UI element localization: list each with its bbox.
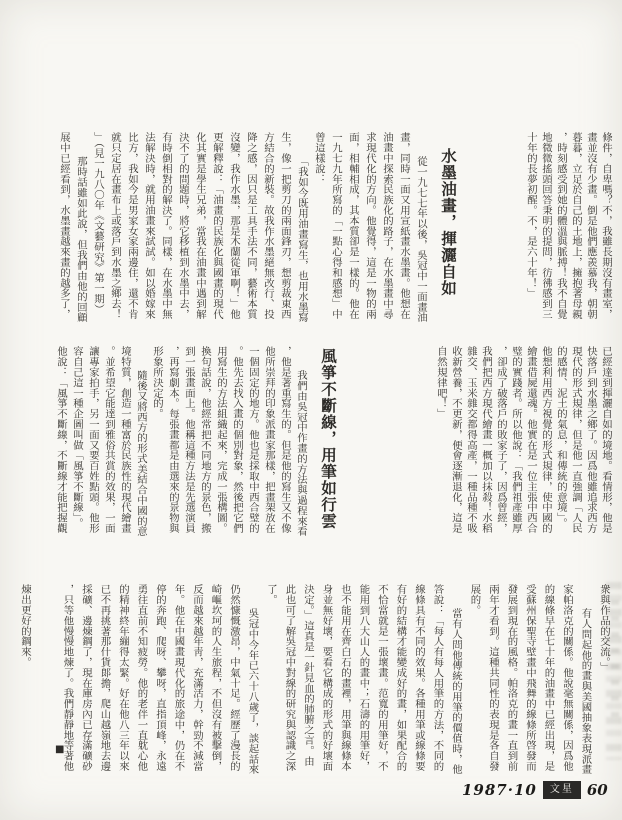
text-column: 他說：「風箏不斷線，不斷線才能把握觀 [53,346,69,536]
text-column: 反而越來越年靑，充滿活力，幹勁不減當 [188,584,207,774]
text-column: 他想利用西方視覺的形式規律，使中國的 [538,346,553,536]
paragraph-columns: 我們由吳冠中作畫的方法與過程來看，他是著重寫生的。但是他的寫生又不像他所崇拜的印… [53,346,309,536]
text-column: 有好的結構才能變成好的畫，如果配合的 [391,584,410,774]
text-column: 「我如今既用油畫寫生，也用水墨寫 [293,132,310,322]
text-column: 崎嶇坎坷的人生旅程，不但沒有被擊倒， [206,584,225,774]
text-column: 從一九七七年以後，吳冠中一面畫油 [412,132,429,322]
magazine-logo: 文星 [543,781,581,799]
text-column: 比方，我如今是男家女家兩邊住，還不肯 [123,132,140,322]
text-column: 自然規律吧！」 [433,346,448,536]
text-column: 換句話說，他經常把不同地方的景色，搬 [197,346,213,536]
text-column: 我們由吳冠中作畫的方法與過程來看 [293,346,309,536]
final-column: 煉出更好的鋼來。 [17,584,32,774]
text-column: 更解釋說：「油畫的民族化與國畫的現代 [208,132,225,322]
text-column: ，卻成了破落戶的敗家子了，因爲曾經， [493,346,508,536]
text-column: 決定。」這真是一針見血的肺腑之言。由 [299,584,318,774]
text-column: 發展到現在的風格。帕洛克的畫一直到前 [502,584,521,774]
text-column: 煉出更好的鋼來。 [17,584,32,774]
paragraph-columns: 已經達到揮灑自如的境地。看情形，他是快落戶到水墨之鄉了。因爲他雖追求西方現代的形… [433,346,613,536]
text-column: 收新營養，不更新，便會逐漸退化，這是 [448,346,463,536]
article-band-middle: 已經達到揮灑自如的境地。看情形，他是快落戶到水墨之鄉了。因爲他雖追求西方現代的形… [53,346,613,536]
text-column: 畫並沒有少畫。倒是他們應羨慕我，朝朝 [583,132,598,322]
paragraph-columns: 從一九七七年以後，吳冠中一面畫油畫，同時一面又用宣紙畫水墨畫。他想在油畫中探索民… [55,132,429,322]
text-column: 璧的實踐者。所以他說：「我們祖產雖厚 [508,346,523,536]
magazine-page-scan: 條件，自卑嗎？不，我雖長期沒有畫室，畫並沒有少畫。倒是他們應羨慕我，朝朝暮暮，立… [0,0,622,820]
text-column: 油畫中探索民族化的路子，在水墨畫中尋 [378,132,395,322]
text-column: 容自己這一種企圖叫做「風箏不斷線」。 [69,346,85,536]
text-column: 繪畫借屍還魂。他實在是一位主張中西合 [523,346,538,536]
text-column: 化其實是學生兄弟，當我在油畫中遇到解 [191,132,208,322]
section-heading-unbroken-kite-line: 風箏不斷線，用筆如行雲 [315,346,341,536]
text-column: 形象所決定的。 [149,346,165,536]
text-column: 停的奔跑、爬呀、攀呀，直指頂峰，永遠 [151,584,170,774]
text-column: 有人問起他的畫與美國抽象表現派畫 [576,584,595,774]
text-column: 用寫生的方法組織起來，完成一張構圖。 [213,346,229,536]
text-column: 一九七九年所寫的「一點心得和感想」中 [327,132,344,322]
text-column: 求現代化的方向。他覺得，這是一物的兩 [361,132,378,322]
text-column: 已經達到揮灑自如的境地。看情形，他是 [598,346,613,536]
text-column: 線條具有不同的效果。各種用筆或線條要 [410,584,429,774]
text-column: 境特質，創造一種富於民族性的現代繪畫 [117,346,133,536]
text-column: 畫，同時一面又用宣紙畫水墨畫。他想在 [395,132,412,322]
issue-date: 1987·10 [462,781,537,799]
text-column: 不恰當就是一張壞畫。范寬的用筆好，不 [373,584,392,774]
text-column: 受蘇州保聖寺壁畫中飛舞的線條所啓發而 [521,584,540,774]
page-footer: 1987·10 文星 60 [462,781,608,799]
text-column: 吳冠中今年已六十八歲了，談起話來 [243,584,262,774]
text-column: 地微微搖頭回答秉明的提問，彷彿感到三 [538,132,553,322]
text-column: 也不能用在齊白石的畫裡，用筆與線條本 [336,584,355,774]
text-column: 生，像一把剪刀的兩面鋒刃，想剪裁東西 [276,132,293,322]
text-column: 」（見一九八〇年《文藝研究》第一期） [89,132,106,322]
paragraph-columns: 條件，自卑嗎？不，我雖長期沒有畫室，畫並沒有少畫。倒是他們應羨慕我，朝朝暮暮，立… [523,132,613,322]
text-column: 讓專家拍手，另一面又要百姓點頭。他形 [85,346,101,536]
text-column: 那時話雖如此說，但我們由他的回顧 [72,132,89,322]
text-column: 條件，自卑嗎？不，我雖長期沒有畫室， [598,132,613,322]
text-column: 現代的形式規律，但是他一直強調「人民 [568,346,583,536]
article-band-bottom: 衆與作品的交流。」 有人問起他的畫與美國抽象表現派畫家帕洛克的關係。他說毫無關係… [17,584,613,774]
text-column: 暮暮，立足於自己的土地上，擁抱著母親 [568,132,583,322]
text-column: 答說：「每人有每人用筆的方法，不同的 [428,584,447,774]
text-column: 。他先去找入畫的個別對象，然後把它們 [229,346,245,536]
page-number: 60 [587,781,608,799]
text-column: 他所崇拜的印象派畫家那樣，把畫架放在 [261,346,277,536]
text-column: 就只定居在畫布上或落戶到水墨之鄉去！ [106,132,123,322]
page-bleed-through-text [611,600,619,720]
text-column: 有時倒相對的解決了。同樣，在水墨中無 [157,132,174,322]
text-column: 快落戶到水墨之鄉了。因爲他雖追求西方 [583,346,598,536]
text-column: 到一張畫面上。他稱這種方法是先選演員 [181,346,197,536]
text-column: 採礦、邊煉鋼了，現在庫房內已存滿礦砂 [77,584,96,774]
text-column: ，再寫劇本。每張畫都是由選來的景物與 [165,346,181,536]
text-column: 了。 [262,584,281,774]
text-column: 法解決時，就用油畫來試試。如以婚嫁來 [140,132,157,322]
text-column: 面，相輔相成，其本質卻是一樣的。他在 [344,132,361,322]
text-column: 沒變，我作水墨，那是木蘭從軍啊！」他 [225,132,242,322]
text-column: 當有人問他傳統的用筆的價值時，他 [447,584,466,774]
text-column: 的線條早在七十年的油畫中已經出現，是 [539,584,558,774]
text-column: 方結合的新裝。故我作水墨絕無改行、投 [259,132,276,322]
text-column: 此也可了解吳冠中對線的研究與認識之深 [280,584,299,774]
article-band-top: 條件，自卑嗎？不，我雖長期沒有畫室，畫並沒有少畫。倒是他們應羨慕我，朝朝暮暮，立… [55,132,613,322]
text-column: 展的。 [465,584,484,774]
text-column: 身並無好壞，要看它構成的形式的好壞面 [317,584,336,774]
text-column: 仍然慷慨激昂，中氣十足。經歷了漫長的 [225,584,244,774]
text-column: ，時刻感受到她的體溫與脈搏！我不自覺 [553,132,568,322]
text-column: 已不再挑著那什貨郞擔，爬山越嶺地去邊 [95,584,114,774]
text-column: 的感情、泥土的氣息，和傳統的意境」。 [553,346,568,536]
section-heading-ink-oil-painting: 水墨油畫，揮灑自如 [435,132,461,322]
text-column: 一個固定的地方。他也是採取中西合璧的 [245,346,261,536]
text-column: 曾這樣說： [310,132,327,322]
text-column: 決不了的問題時，將它移植到水墨中去， [174,132,191,322]
text-column: 我們把西方現代繪畫一概加以抹殺！水稻 [478,346,493,536]
text-column: 隨後又將西方的形式美結合中國的意 [133,346,149,536]
text-column: 展中已經看到，水墨畫越來畫的越多了， [55,132,72,322]
text-column: 雜交、玉米雜交都得高產，一種品種不吸 [463,346,478,536]
text-column: 。並希望它能達到雅俗共賞的效果，一面 [101,346,117,536]
end-of-article-mark: ■ [55,744,64,755]
paragraph-columns: 衆與作品的交流。」 有人問起他的畫與美國抽象表現派畫家帕洛克的關係。他說毫無關係… [58,584,613,774]
text-column: 年。他在中國畫現代化的旅途中，仍在不 [169,584,188,774]
text-column: 兩年才看到。這種共同性的表現是各自發 [484,584,503,774]
text-column: ，他是著重寫生的。但是他的寫生又不像 [277,346,293,536]
text-column: 能用到八大山人的畫中；石濤的用筆好， [354,584,373,774]
text-column: 的精神終年繃得太緊。好在他八三年以來 [114,584,133,774]
text-column: 家帕洛克的關係。他說毫無關係，因爲他 [558,584,577,774]
text-column: 勇往直前不知疲勞。他的老伴一直躭心他 [132,584,151,774]
text-column: 降之感，因只是工具手法不同，藝術本質 [242,132,259,322]
text-column: 十年的長夢初醒。不，是六十年！」 [523,132,538,322]
